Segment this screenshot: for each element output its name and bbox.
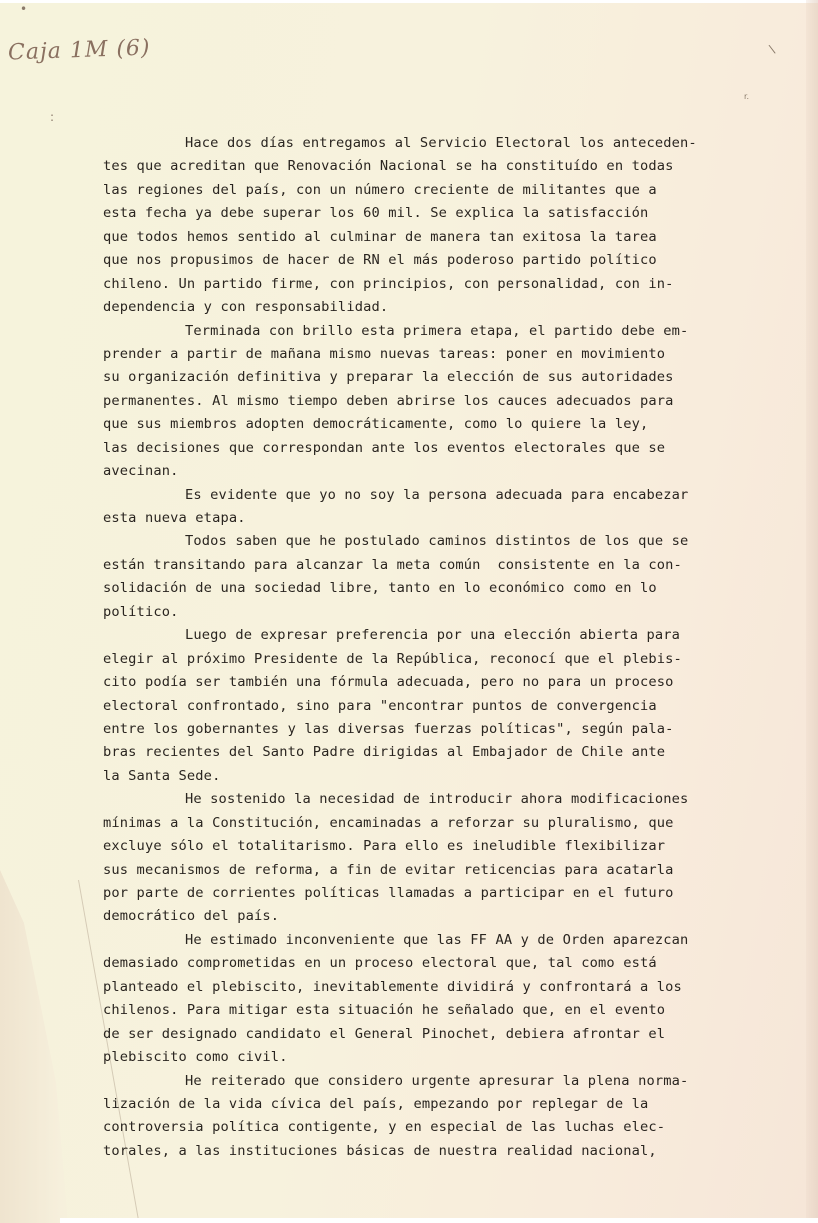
text-line: tes que acreditan que Renovación Naciona… (103, 155, 803, 178)
text-line: dependencia y con responsabilidad. (103, 296, 803, 319)
paragraph-first-line: Es evidente que yo no soy la persona ade… (103, 484, 803, 507)
text-line: elegir al próximo Presidente de la Repúb… (103, 648, 803, 671)
typewritten-body: Hace dos días entregamos al Servicio Ele… (103, 132, 803, 1163)
text-line: torales, a las instituciones básicas de … (103, 1140, 803, 1163)
margin-speck: • (20, 2, 27, 16)
text-line: chileno. Un partido firme, con principio… (103, 273, 803, 296)
text-line: su organización definitiva y preparar la… (103, 366, 803, 389)
margin-mark: : (50, 110, 54, 124)
text-line: excluye sólo el totalitarismo. Para ello… (103, 835, 803, 858)
text-line: están transitando para alcanzar la meta … (103, 554, 803, 577)
text-line: entre los gobernantes y las diversas fue… (103, 718, 803, 741)
text-line: permanentes. Al mismo tiempo deben abrir… (103, 390, 803, 413)
margin-mark: \ (768, 42, 777, 57)
text-line: por parte de corrientes políticas llamad… (103, 882, 803, 905)
text-line: mínimas a la Constitución, encaminadas a… (103, 812, 803, 835)
text-line: avecinan. (103, 460, 803, 483)
text-line: demasiado comprometidas en un proceso el… (103, 952, 803, 975)
page-right-edge (806, 0, 818, 1223)
text-line: la Santa Sede. (103, 765, 803, 788)
text-line: planteado el plebiscito, inevitablemente… (103, 976, 803, 999)
paragraph-first-line: Todos saben que he postulado caminos dis… (103, 530, 803, 553)
scan-border-top (0, 0, 818, 3)
text-line: cito podía ser también una fórmula adecu… (103, 671, 803, 694)
text-line: electoral confrontado, sino para "encont… (103, 695, 803, 718)
text-line: prender a partir de mañana mismo nuevas … (103, 343, 803, 366)
handwritten-archive-note: Caja 1M (6) (8, 36, 151, 66)
scan-border-bottom (60, 1218, 818, 1223)
text-line: lización de la vida cívica del país, emp… (103, 1093, 803, 1116)
scanned-page: Caja 1M (6) • : \ r. Hace dos días entre… (0, 0, 818, 1223)
text-line: chilenos. Para mitigar esta situación he… (103, 999, 803, 1022)
text-line: que sus miembros adopten democráticament… (103, 413, 803, 436)
text-line: solidación de una sociedad libre, tanto … (103, 577, 803, 600)
paragraph-first-line: Luego de expresar preferencia por una el… (103, 624, 803, 647)
text-line: controversia política contigente, y en e… (103, 1116, 803, 1139)
text-line: de ser designado candidato el General Pi… (103, 1023, 803, 1046)
text-line: que nos propusimos de hacer de RN el más… (103, 249, 803, 272)
paragraph-first-line: He estimado inconveniente que las FF AA … (103, 929, 803, 952)
paragraph-first-line: He sostenido la necesidad de introducir … (103, 788, 803, 811)
text-line: las decisiones que correspondan ante los… (103, 437, 803, 460)
text-line: bras recientes del Santo Padre dirigidas… (103, 741, 803, 764)
paragraph-first-line: He reiterado que considero urgente apres… (103, 1070, 803, 1093)
text-line: que todos hemos sentido al culminar de m… (103, 226, 803, 249)
text-line: las regiones del país, con un número cre… (103, 179, 803, 202)
margin-mark: r. (744, 92, 749, 101)
paragraph-first-line: Hace dos días entregamos al Servicio Ele… (103, 132, 803, 155)
text-line: sus mecanismos de reforma, a fin de evit… (103, 859, 803, 882)
text-line: plebiscito como civil. (103, 1046, 803, 1069)
text-line: esta nueva etapa. (103, 507, 803, 530)
text-line: esta fecha ya debe superar los 60 mil. S… (103, 202, 803, 225)
paragraph-first-line: Terminada con brillo esta primera etapa,… (103, 320, 803, 343)
text-line: político. (103, 601, 803, 624)
text-line: democrático del país. (103, 905, 803, 928)
